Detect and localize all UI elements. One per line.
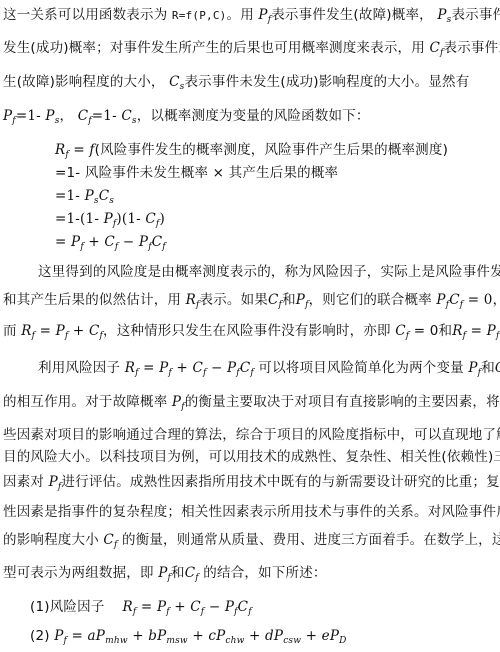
text: 表示事件未 xyxy=(451,7,500,23)
math-op: = xyxy=(466,323,487,339)
text: 表示事件发生(故障)概率， xyxy=(271,7,437,23)
text-line: 的影响程度大小 Cf 的衡量，则通常从质量、费用、进度三方面着手。在数学上，这模 xyxy=(3,531,500,554)
equation-line: =1- 风险事件未发生概率 × 其产生后果的概率 xyxy=(55,164,338,182)
math-var: P xyxy=(225,599,234,615)
math-var: P xyxy=(437,7,446,23)
text: = 0和 xyxy=(409,323,452,339)
math-sub: f xyxy=(162,242,166,252)
formula-item: (2) Pf = aPmhw + bPmsw + cPchw + dPcsw +… xyxy=(30,627,347,650)
math-sub: msw xyxy=(166,636,187,646)
math-sub: D xyxy=(339,636,346,646)
math-var: C xyxy=(449,292,460,308)
text: (风险事件发生的概率测度，风险事件产生后果的概率测度) xyxy=(95,142,448,158)
text: 可以将项目风险简单化为两个变量 xyxy=(254,360,468,376)
math-var: C xyxy=(268,292,279,308)
math-sub: s xyxy=(109,196,114,206)
math-var: C xyxy=(145,211,156,227)
text: ，以概率测度为变量的风险函数如下： xyxy=(137,108,370,124)
text: 的相互作用。对于故障概率 xyxy=(3,394,172,410)
math-var: P xyxy=(436,292,445,308)
text: 发生(成功)概率；对事件发生所产生的后果也可用概率测度来表示，用 xyxy=(3,40,429,56)
text: 表示。如果 xyxy=(200,292,269,308)
text: 目的风险大小。以科技项目为例，可以用技术的成熟性、复杂性、相关性(依赖性)三个 xyxy=(3,449,500,465)
math-op: + xyxy=(68,323,89,339)
math-var: P xyxy=(468,360,477,376)
math-var: P xyxy=(487,323,496,339)
text: 的结合，如下所述： xyxy=(199,565,327,581)
math-var: C xyxy=(185,565,196,581)
text-line: 利用风险因子 Rf = Pf + Cf − PfCf 可以将项目风险简单化为两个… xyxy=(38,359,500,382)
math-var: P xyxy=(157,599,166,615)
math-var: C xyxy=(240,360,251,376)
math-op: − xyxy=(118,234,139,250)
math-var: P xyxy=(274,628,283,644)
math-var: R xyxy=(452,323,462,339)
math-sub: mhw xyxy=(105,636,128,646)
text-line: 而 Rf = Pf + Cf，这种情形只发生在风险事件没有影响时，亦即 Cf =… xyxy=(3,322,500,345)
math-var: P xyxy=(3,108,12,124)
math-var: C xyxy=(152,234,163,250)
text: ，这种情形只发生在风险事件没有影响时，亦即 xyxy=(103,323,395,339)
math-var: C xyxy=(169,74,180,90)
math-var: P xyxy=(227,360,236,376)
text: 和 xyxy=(481,360,495,376)
equation-line: =1-(1- Pf)(1- Cf) xyxy=(55,210,165,233)
math-op: + b xyxy=(128,628,157,644)
math-var: P xyxy=(45,108,54,124)
text: 生(故障)影响程度的大小， xyxy=(3,74,169,90)
math-var: R xyxy=(21,323,31,339)
math-var: P xyxy=(159,360,168,376)
text: 的衡量，则通常从质量、费用、进度三方面着手。在数学上，这模 xyxy=(117,532,500,548)
text: 和 xyxy=(282,292,296,308)
text-line: 和其产生后果的似然估计，用 Rf表示。如果Cf和Pf，则它们的联合概率 PfCf… xyxy=(3,291,500,314)
math-var: C xyxy=(99,188,110,204)
math-sub: csw xyxy=(283,636,301,646)
math-op: =1- xyxy=(92,108,122,124)
math-var: P xyxy=(71,234,80,250)
math-var: P xyxy=(49,474,58,490)
text-line: 发生(成功)概率；对事件发生所产生的后果也可用概率测度来表示，用 Cf表示事件发 xyxy=(3,39,500,62)
text: 这一关系可以用函数表示为 xyxy=(3,7,172,23)
text-line: 这里得到的风险度是由概率测度表示的，称为风险因子，实际上是风险事件发生 xyxy=(38,263,500,281)
math-var: P xyxy=(96,628,105,644)
text: 的影响程度大小 xyxy=(3,532,103,548)
math-op: + e xyxy=(301,628,330,644)
text: (2) xyxy=(30,628,54,644)
math-var: P xyxy=(172,394,181,410)
math-op: − xyxy=(204,599,225,615)
text-line: 些因素对项目的影响通过合理的算法，综合于项目的风险度指标中，可以直现地了解项 xyxy=(3,426,500,444)
math-op: + xyxy=(170,599,191,615)
math-var: P xyxy=(85,188,94,204)
math-var: C xyxy=(495,360,500,376)
math-var: R xyxy=(125,360,135,376)
math-var: C xyxy=(78,108,89,124)
math-sub: chw xyxy=(225,636,244,646)
math-var: C xyxy=(192,360,203,376)
math-op: =1-(1- xyxy=(55,211,104,227)
equation-line: = Pf + Cf − PfCf xyxy=(55,233,166,256)
math-op: = a xyxy=(67,628,96,644)
text: 因素对 xyxy=(3,474,49,490)
math-sub: f xyxy=(248,607,252,617)
math-var: C xyxy=(395,323,406,339)
text-line: Pf=1- Ps， Cf=1- Cs，以概率测度为变量的风险函数如下： xyxy=(3,107,370,130)
text: 而 xyxy=(3,323,21,339)
math-var: C xyxy=(104,234,115,250)
equation-line: =1- PsCs xyxy=(55,187,114,210)
math-op: + d xyxy=(245,628,274,644)
math-op: + c xyxy=(188,628,216,644)
math-var: R xyxy=(186,292,196,308)
math-var: P xyxy=(216,628,225,644)
function-notation: R=f(P,C) xyxy=(172,9,227,22)
text-line: 目的风险大小。以科技项目为例，可以用技术的成熟性、复杂性、相关性(依赖性)三个 xyxy=(3,448,500,466)
math-op: = 0， xyxy=(463,292,500,308)
text: 表示事件发 xyxy=(444,40,500,56)
equation-line: Rf = f(风险事件发生的概率测度，风险事件产生后果的概率测度) xyxy=(55,141,448,164)
text: 表示事件未发生(成功)影响程度的大小。显然有 xyxy=(184,74,469,90)
math-op: = xyxy=(139,360,160,376)
text: 进行评估。成熟性因素指所用技术中既有的与新需要设计研究的比重；复杂 xyxy=(61,474,500,490)
math-var: C xyxy=(190,599,201,615)
math-var: P xyxy=(158,565,167,581)
math-op: = xyxy=(55,234,71,250)
text: 性因素是指事件的复杂程度；相关性因素表示所用技术与事件的关系。对风险事件后果 xyxy=(3,504,500,520)
math-op: =1- xyxy=(55,188,85,204)
math-var: P xyxy=(54,628,63,644)
text-line: 因素对 Pf进行评估。成熟性因素指所用技术中既有的与新需要设计研究的比重；复杂 xyxy=(3,473,500,496)
text: ， xyxy=(60,108,78,124)
text-line: 生(故障)影响程度的大小， Cs表示事件未发生(成功)影响程度的大小。显然有 xyxy=(3,73,469,96)
text-line: 型可表示为两组数据，即 Pf和Cf 的结合，如下所述： xyxy=(3,564,327,587)
text: 。用 xyxy=(227,7,259,23)
math-var: C xyxy=(121,108,132,124)
math-op: = xyxy=(35,323,56,339)
math-op: − xyxy=(207,360,228,376)
math-var: R xyxy=(123,599,133,615)
math-var: P xyxy=(56,323,65,339)
math-var: R xyxy=(55,142,65,158)
math-var: C xyxy=(429,40,440,56)
math-var: P xyxy=(104,211,113,227)
text: 和 xyxy=(171,565,185,581)
text: ，则它们的联合概率 xyxy=(309,292,437,308)
formula-item: (1)风险因子Rf = Pf + Cf − PfCf xyxy=(30,598,252,621)
text: 和其产生后果的似然估计，用 xyxy=(3,292,186,308)
math-var: C xyxy=(238,599,249,615)
text-line: 性因素是指事件的复杂程度；相关性因素表示所用技术与事件的关系。对风险事件后果 xyxy=(3,503,500,521)
math-var: C xyxy=(89,323,100,339)
math-op: + xyxy=(84,234,105,250)
math-op: = xyxy=(136,599,157,615)
math-var: P xyxy=(157,628,166,644)
text: (1)风险因子 xyxy=(30,599,105,615)
math-op: =1- xyxy=(16,108,46,124)
text-line: 的相互作用。对于故障概率 Pf的衡量主要取决于对项目有直接影响的主要因素，将这 xyxy=(3,393,500,416)
math-var: P xyxy=(139,234,148,250)
math-var: P xyxy=(330,628,339,644)
text: 的衡量主要取决于对项目有直接影响的主要因素，将这 xyxy=(185,394,500,410)
math-var: P xyxy=(258,7,267,23)
text: 些因素对项目的影响通过合理的算法，综合于项目的风险度指标中，可以直现地了解项 xyxy=(3,427,500,443)
math-op: ) xyxy=(159,211,164,227)
text: =1- 风险事件未发生概率 × 其产生后果的概率 xyxy=(55,165,338,181)
text: 型可表示为两组数据，即 xyxy=(3,565,158,581)
math-op: + xyxy=(172,360,193,376)
text: 这里得到的风险度是由概率测度表示的，称为风险因子，实际上是风险事件发生 xyxy=(38,264,500,280)
math-op: )(1- xyxy=(116,211,145,227)
text-line: 这一关系可以用函数表示为 R=f(P,C)。用 Pf表示事件发生(故障)概率， … xyxy=(3,6,500,29)
math-var: P xyxy=(296,292,305,308)
text: 利用风险因子 xyxy=(38,360,125,376)
math-op: = xyxy=(69,142,90,158)
math-var: C xyxy=(103,532,114,548)
